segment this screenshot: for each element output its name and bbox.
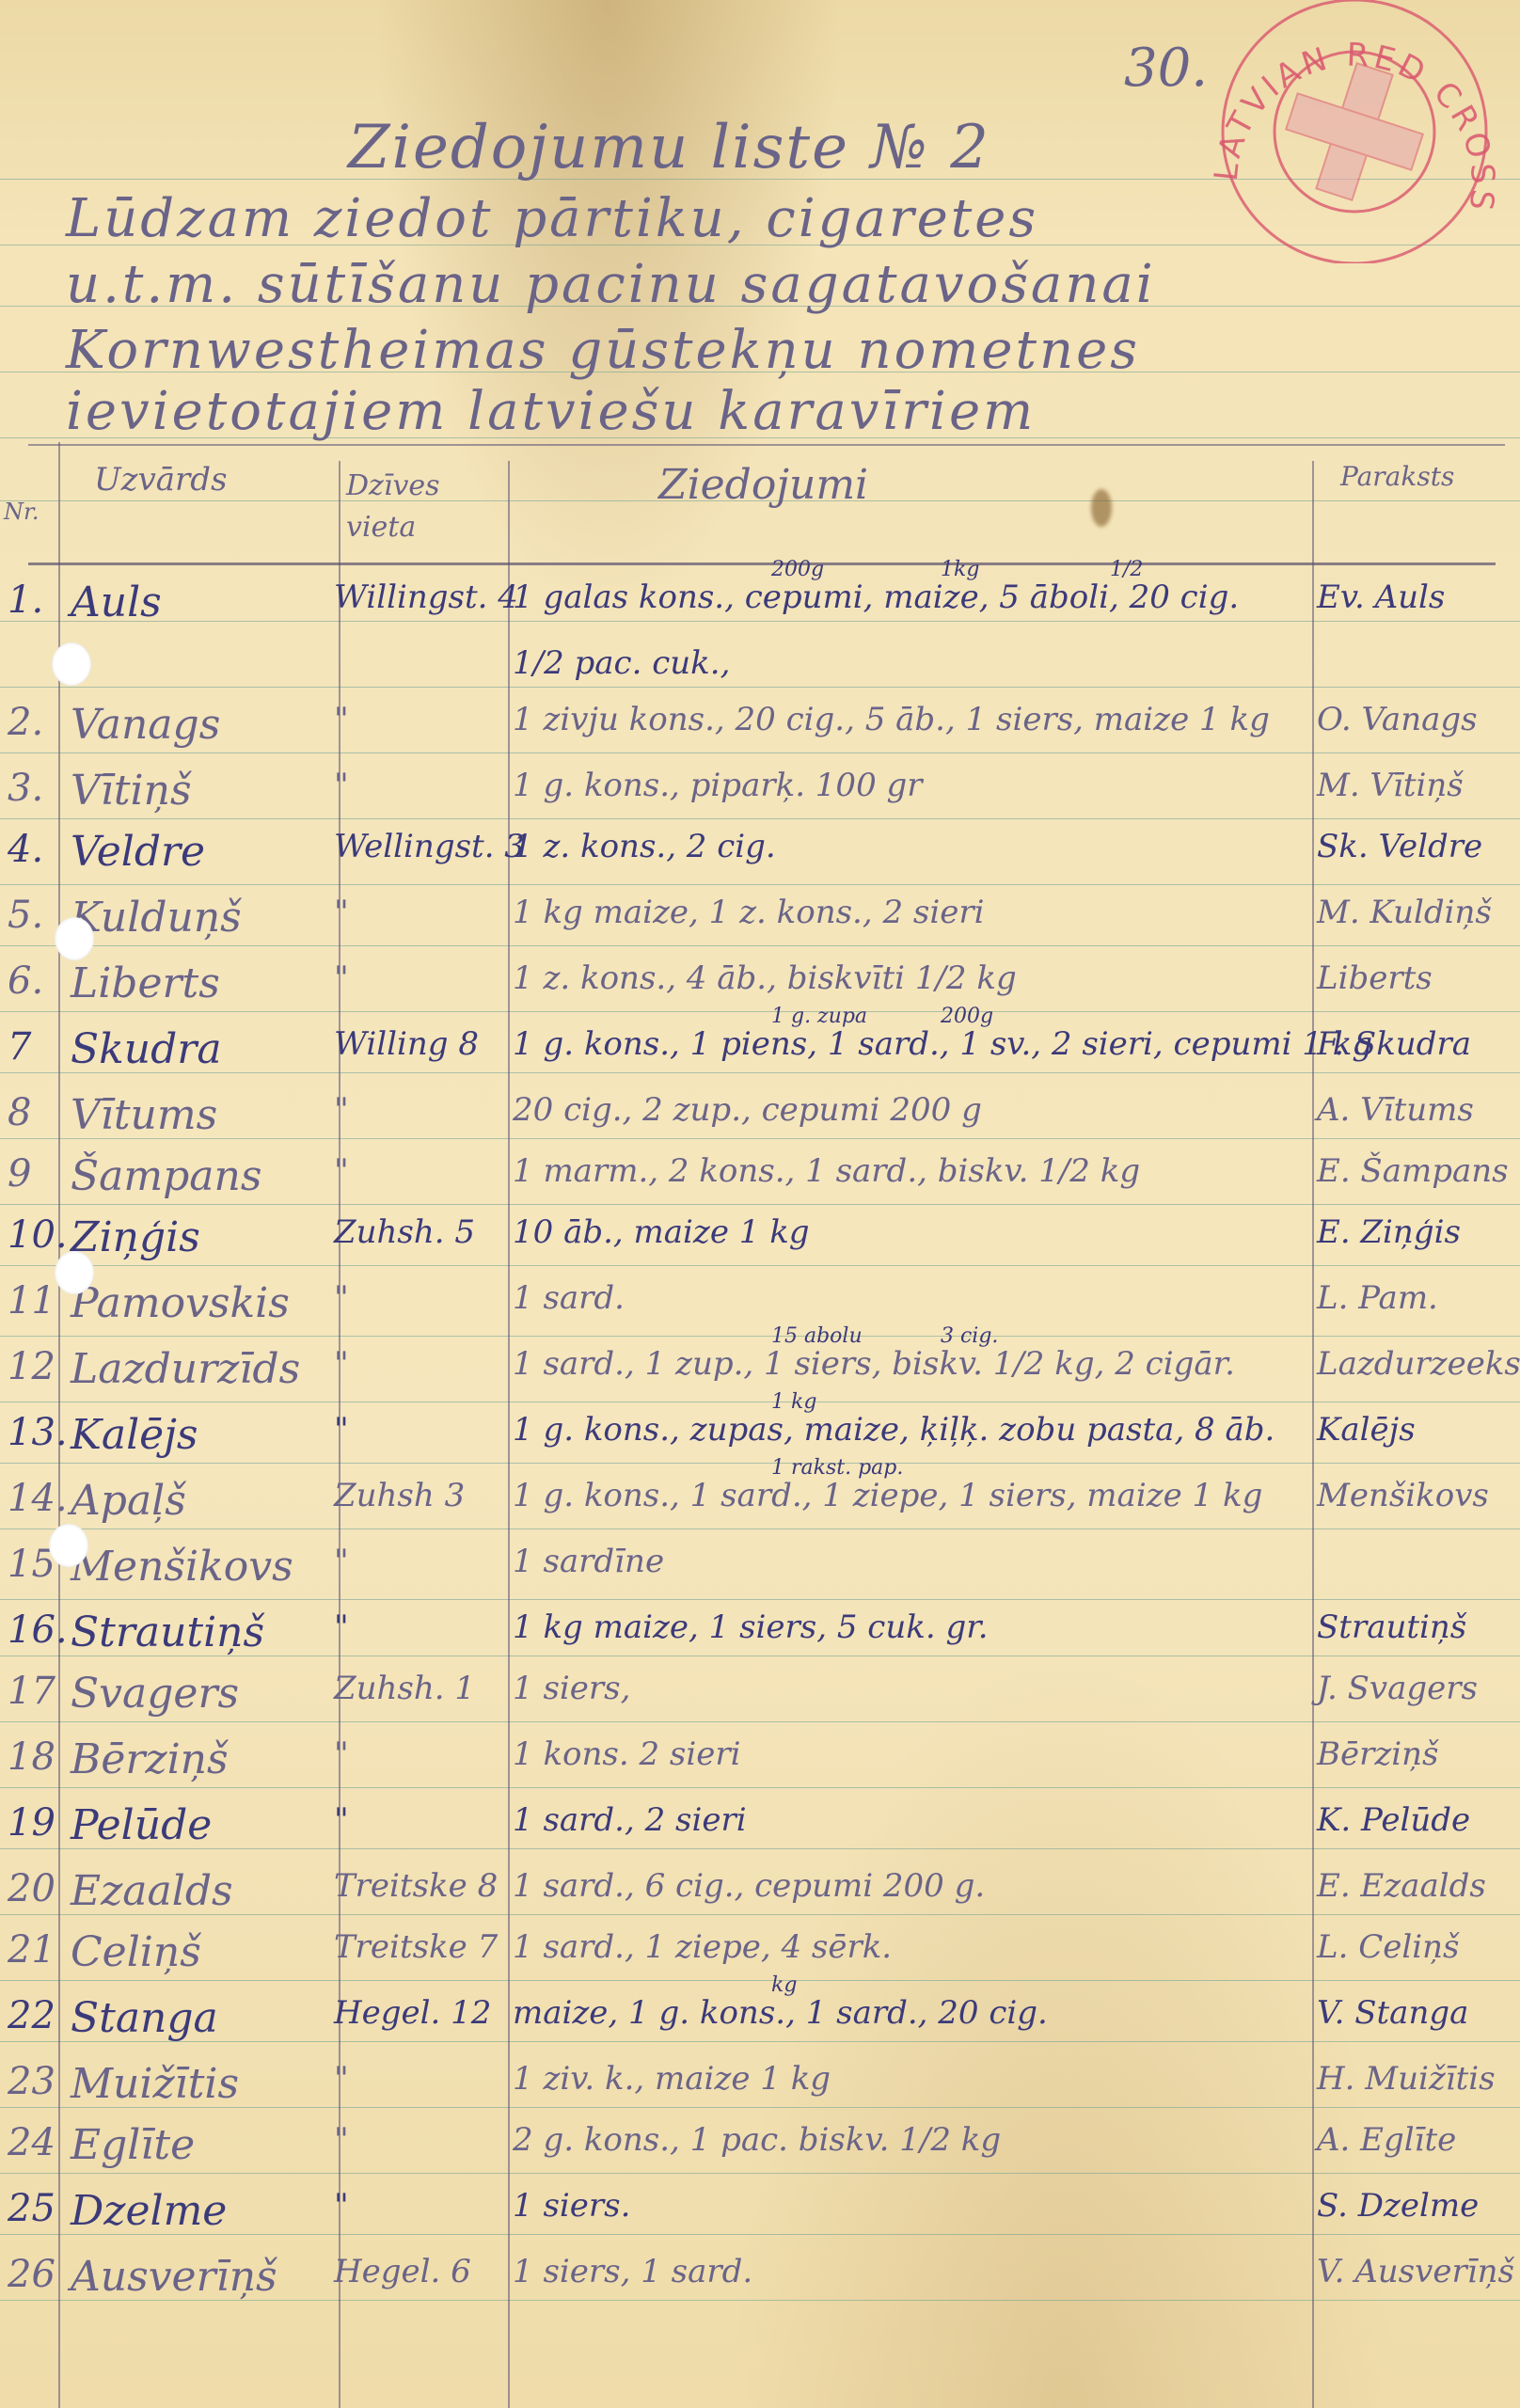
donations-cell: 1 siers, bbox=[513, 1670, 1303, 1707]
signature-cell: E. Ziņģis bbox=[1317, 1213, 1514, 1251]
signature-cell: Kalējs bbox=[1317, 1411, 1514, 1449]
row-number: 20 bbox=[8, 1867, 64, 1910]
donations-cell: 1 siers. bbox=[513, 2187, 1303, 2225]
donations-cell: 1 galas kons., cepumi, maize, 5 āboli, 2… bbox=[513, 578, 1303, 616]
donations-cell: 1 kg maize, 1 siers, 5 cuk. gr. bbox=[513, 1608, 1303, 1646]
signature-cell: Strautiņš bbox=[1317, 1608, 1514, 1646]
punch-hole bbox=[49, 1524, 88, 1567]
surname-cell: Bērziņš bbox=[71, 1735, 334, 1783]
red-cross-icon: LATVIAN RED CROSS 20 bbox=[1204, 0, 1505, 263]
surname-cell: Ziņģis bbox=[71, 1213, 334, 1261]
donations-cell: 1 sard., 1 ziepe, 4 sērk. bbox=[513, 1928, 1303, 1966]
residence-cell: Hegel. 6 bbox=[334, 2253, 503, 2290]
row-number: 3. bbox=[8, 767, 64, 810]
superscript-note: 1 rakst. pap. bbox=[771, 1456, 903, 1480]
row-number: 23 bbox=[8, 2060, 64, 2103]
residence-cell: " bbox=[334, 1091, 503, 1129]
table-row: 23Muižītis"1 ziv. k., maize 1 kgH. Muižī… bbox=[0, 2060, 1520, 2126]
superscript-note: 1 kg bbox=[771, 1390, 816, 1414]
signature-cell: Liberts bbox=[1317, 959, 1514, 997]
residence-cell: Zuhsh. 1 bbox=[334, 1670, 503, 1707]
signature-cell: M. Kuldiņš bbox=[1317, 894, 1514, 931]
surname-cell: Kulduņš bbox=[71, 894, 334, 942]
donations-cell: 1 g. kons., 1 sard., 1 ziepe, 1 siers, m… bbox=[513, 1477, 1303, 1514]
surname-cell: Svagers bbox=[71, 1670, 334, 1718]
red-cross-stamp: LATVIAN RED CROSS 20 bbox=[1204, 0, 1505, 263]
superscript-note: 1kg bbox=[941, 558, 979, 581]
superscript-note: 200g bbox=[941, 1005, 993, 1028]
row-number: 9 bbox=[8, 1152, 64, 1196]
residence-cell: Willing 8 bbox=[334, 1025, 503, 1063]
surname-cell: Dzelme bbox=[71, 2187, 334, 2235]
donations-cell: 1 sard., 6 cig., cepumi 200 g. bbox=[513, 1867, 1303, 1905]
table-row: 1.AulsWillingst. 41 galas kons., cepumi,… bbox=[0, 578, 1520, 644]
residence-cell: " bbox=[334, 2187, 503, 2225]
ink-stain bbox=[1091, 489, 1112, 527]
row-number: 24 bbox=[8, 2121, 64, 2164]
surname-cell: Celiņš bbox=[71, 1928, 334, 1976]
table-row: 21CeliņšTreitske 71 sard., 1 ziepe, 4 sē… bbox=[0, 1928, 1520, 1994]
superscript-note: 200g bbox=[771, 558, 824, 581]
signature-cell: A. Eglīte bbox=[1317, 2121, 1514, 2159]
residence-cell: " bbox=[334, 1608, 503, 1646]
surname-cell: Strautiņš bbox=[71, 1608, 334, 1656]
column-header-residence: Dzīves vieta bbox=[346, 466, 487, 548]
residence-cell: " bbox=[334, 1735, 503, 1773]
row-number: 1. bbox=[8, 578, 64, 622]
surname-cell: Muižītis bbox=[71, 2060, 334, 2108]
surname-cell: Stanga bbox=[71, 1994, 334, 2042]
donations-cell: 1 z. kons., 2 cig. bbox=[513, 828, 1303, 865]
row-number: 12 bbox=[8, 1345, 64, 1388]
column-header-nr: Nr. bbox=[4, 499, 39, 525]
table-row: 17SvagersZuhsh. 11 siers,J. Svagers bbox=[0, 1670, 1520, 1735]
surname-cell: Apaļš bbox=[71, 1477, 334, 1525]
donations-cell: 1 siers, 1 sard. bbox=[513, 2253, 1303, 2290]
residence-cell: Treitske 8 bbox=[334, 1867, 503, 1905]
surname-cell: Auls bbox=[71, 578, 334, 626]
residence-cell: Wellingst. 3 bbox=[334, 828, 503, 865]
table-row: 7SkudraWilling 81 g. kons., 1 piens, 1 s… bbox=[0, 1025, 1520, 1091]
row-number: 2. bbox=[8, 701, 64, 744]
residence-cell: " bbox=[334, 894, 503, 931]
signature-cell: Sk. Veldre bbox=[1317, 828, 1514, 865]
surname-cell: Vītiņš bbox=[71, 767, 334, 815]
punch-hole bbox=[55, 1251, 94, 1294]
intro-line-2: u.t.m. sūtīšanu pacinu sagatavošanai bbox=[66, 254, 1156, 315]
intro-line-1: Lūdzam ziedot pārtiku, cigaretes bbox=[66, 188, 1038, 249]
signature-cell: S. Dzelme bbox=[1317, 2187, 1514, 2225]
row-number: 22 bbox=[8, 1994, 64, 2037]
residence-cell: " bbox=[334, 701, 503, 738]
residence-cell: " bbox=[334, 2121, 503, 2159]
surname-cell: Ausverīņš bbox=[71, 2253, 334, 2301]
table-top-line bbox=[28, 444, 1505, 446]
residence-cell: " bbox=[334, 1345, 503, 1383]
superscript-note: 15 abolu bbox=[771, 1324, 863, 1348]
residence-cell: Hegel. 12 bbox=[334, 1994, 503, 2032]
table-row: 14.ApaļšZuhsh 31 g. kons., 1 sard., 1 zi… bbox=[0, 1477, 1520, 1543]
residence-cell: Willingst. 4 bbox=[334, 578, 503, 616]
row-number: 17 bbox=[8, 1670, 64, 1713]
table-row: 24Eglīte"2 g. kons., 1 pac. biskv. 1/2 k… bbox=[0, 2121, 1520, 2187]
donations-cell: 1 sard., 1 zup., 1 siers, biskv. 1/2 kg,… bbox=[513, 1345, 1303, 1383]
residence-cell: " bbox=[334, 1279, 503, 1317]
table-row: 3.Vītiņš"1 g. kons., piparķ. 100 grM. Vī… bbox=[0, 767, 1520, 832]
table-row: 10.ZiņģisZuhsh. 510 āb., maize 1 kgE. Zi… bbox=[0, 1213, 1520, 1279]
signature-cell: K. Pelūde bbox=[1317, 1801, 1514, 1839]
intro-line-3: Kornwestheimas gūstekņu nometnes bbox=[66, 320, 1140, 381]
row-number: 21 bbox=[8, 1928, 64, 1972]
donations-cell: 1 kg maize, 1 z. kons., 2 sieri bbox=[513, 894, 1303, 931]
donations-cell: 1 z. kons., 4 āb., biskvīti 1/2 kg bbox=[513, 959, 1303, 997]
table-row: 5.Kulduņš"1 kg maize, 1 z. kons., 2 sier… bbox=[0, 894, 1520, 959]
surname-cell: Eglīte bbox=[71, 2121, 334, 2169]
table-row: 16.Strautiņš"1 kg maize, 1 siers, 5 cuk.… bbox=[0, 1608, 1520, 1674]
residence-cell: Treitske 7 bbox=[334, 1928, 503, 1966]
donations-cell: 1 sardīne bbox=[513, 1543, 1303, 1580]
signature-cell: F. Skudra bbox=[1317, 1025, 1514, 1063]
row-number: 25 bbox=[8, 2187, 64, 2230]
table-row: 6.Liberts"1 z. kons., 4 āb., biskvīti 1/… bbox=[0, 959, 1520, 1025]
column-header-donations: Ziedojumi bbox=[658, 461, 868, 509]
residence-cell: " bbox=[334, 1543, 503, 1580]
surname-cell: Pelūde bbox=[71, 1801, 334, 1849]
table-row: 25Dzelme"1 siers.S. Dzelme bbox=[0, 2187, 1520, 2253]
donations-cell: 1 kons. 2 sieri bbox=[513, 1735, 1303, 1773]
document-sheet: LATVIAN RED CROSS 20 30. Ziedojumu liste… bbox=[0, 0, 1520, 2408]
donations-cell-continued: 1/2 pac. cuk., bbox=[513, 644, 1303, 682]
signature-cell: Ev. Auls bbox=[1317, 578, 1514, 616]
punch-hole bbox=[55, 917, 94, 960]
signature-cell: H. Muižītis bbox=[1317, 2060, 1514, 2098]
surname-cell: Lazdurzīds bbox=[71, 1345, 334, 1393]
punch-hole bbox=[52, 642, 91, 686]
signature-cell: E. Ezaalds bbox=[1317, 1867, 1514, 1905]
signature-cell: Menšikovs bbox=[1317, 1477, 1514, 1514]
surname-cell: Menšikovs bbox=[71, 1543, 334, 1591]
table-row: 13.Kalējs"1 g. kons., zupas, maize, ķiļķ… bbox=[0, 1411, 1520, 1477]
row-number: 16. bbox=[8, 1608, 64, 1652]
row-number: 13. bbox=[8, 1411, 64, 1454]
signature-cell: V. Stanga bbox=[1317, 1994, 1514, 2032]
donations-cell: 1 sard. bbox=[513, 1279, 1303, 1317]
residence-cell: " bbox=[334, 1152, 503, 1190]
row-number: 8 bbox=[8, 1091, 64, 1134]
row-number: 18 bbox=[8, 1735, 64, 1779]
surname-cell: Šampans bbox=[71, 1152, 334, 1200]
surname-cell: Liberts bbox=[71, 959, 334, 1007]
row-number: 14. bbox=[8, 1477, 64, 1520]
superscript-note: kg bbox=[771, 1973, 797, 1997]
surname-cell: Vanags bbox=[71, 701, 334, 749]
table-row: 12Lazdurzīds"1 sard., 1 zup., 1 siers, b… bbox=[0, 1345, 1520, 1411]
header-divider bbox=[28, 562, 1496, 565]
page-number: 30. bbox=[1124, 38, 1208, 99]
table-row: 9Šampans"1 marm., 2 kons., 1 sard., bisk… bbox=[0, 1152, 1520, 1218]
donations-cell: 1 sard., 2 sieri bbox=[513, 1801, 1303, 1839]
surname-cell: Ezaalds bbox=[71, 1867, 334, 1915]
superscript-note: 1 g. zupa bbox=[771, 1005, 867, 1028]
table-row: 20EzaaldsTreitske 81 sard., 6 cig., cepu… bbox=[0, 1867, 1520, 1933]
table-row: 4.VeldreWellingst. 31 z. kons., 2 cig.Sk… bbox=[0, 828, 1520, 894]
residence-cell: Zuhsh 3 bbox=[334, 1477, 503, 1514]
donations-cell: 10 āb., maize 1 kg bbox=[513, 1213, 1303, 1251]
signature-cell: E. Šampans bbox=[1317, 1152, 1514, 1190]
signature-cell: V. Ausverīņš bbox=[1317, 2253, 1514, 2290]
donations-cell: 2 g. kons., 1 pac. biskv. 1/2 kg bbox=[513, 2121, 1303, 2159]
surname-cell: Veldre bbox=[71, 828, 334, 876]
row-number: 11 bbox=[8, 1279, 64, 1323]
signature-cell: L. Celiņš bbox=[1317, 1928, 1514, 1966]
row-number: 4. bbox=[8, 828, 64, 871]
table-row: 8Vītums"20 cig., 2 zup., cepumi 200 gA. … bbox=[0, 1091, 1520, 1157]
donations-cell: 20 cig., 2 zup., cepumi 200 g bbox=[513, 1091, 1303, 1129]
row-number: 26 bbox=[8, 2253, 64, 2296]
signature-cell: J. Svagers bbox=[1317, 1670, 1514, 1707]
signature-cell: M. Vītiņš bbox=[1317, 767, 1514, 804]
table-row: 11Pamovskis"1 sard.L. Pam. bbox=[0, 1279, 1520, 1345]
signature-cell: O. Vanags bbox=[1317, 701, 1514, 738]
row-number: 6. bbox=[8, 959, 64, 1003]
table-row: 19Pelūde"1 sard., 2 sieriK. Pelūde bbox=[0, 1801, 1520, 1867]
column-header-signature: Paraksts bbox=[1340, 461, 1454, 492]
superscript-note: 3 cig. bbox=[941, 1324, 998, 1348]
donations-cell: maize, 1 g. kons., 1 sard., 20 cig. bbox=[513, 1994, 1303, 2032]
residence-cell: " bbox=[334, 1411, 503, 1449]
intro-line-4: ievietotajiem latviešu karavīriem bbox=[66, 381, 1036, 442]
table-row: 22StangaHegel. 12maize, 1 g. kons., 1 sa… bbox=[0, 1994, 1520, 2060]
page-title: Ziedojumu liste № 2 bbox=[348, 113, 990, 182]
donations-cell: 1 zivju kons., 20 cig., 5 āb., 1 siers, … bbox=[513, 701, 1303, 738]
superscript-note: 1/2 bbox=[1110, 558, 1143, 581]
residence-cell: Zuhsh. 5 bbox=[334, 1213, 503, 1251]
donations-cell: 1 marm., 2 kons., 1 sard., biskv. 1/2 kg bbox=[513, 1152, 1303, 1190]
signature-cell: Bērziņš bbox=[1317, 1735, 1514, 1773]
row-number: 10. bbox=[8, 1213, 64, 1257]
signature-cell: L. Pam. bbox=[1317, 1279, 1514, 1317]
surname-cell: Kalējs bbox=[71, 1411, 334, 1459]
table-row: 18Bērziņš"1 kons. 2 sieriBērziņš bbox=[0, 1735, 1520, 1801]
table-row: 15Menšikovs"1 sardīne bbox=[0, 1543, 1520, 1608]
surname-cell: Skudra bbox=[71, 1025, 334, 1073]
signature-cell: A. Vītums bbox=[1317, 1091, 1514, 1129]
donations-cell: 1 g. kons., piparķ. 100 gr bbox=[513, 767, 1303, 804]
donations-cell: 1 ziv. k., maize 1 kg bbox=[513, 2060, 1303, 2098]
ruled-line bbox=[0, 687, 1520, 688]
residence-cell: " bbox=[334, 1801, 503, 1839]
residence-cell: " bbox=[334, 959, 503, 997]
signature-cell: Lazdurzeeks bbox=[1317, 1345, 1514, 1383]
table-row: 2.Vanags"1 zivju kons., 20 cig., 5 āb., … bbox=[0, 701, 1520, 767]
donations-cell: 1 g. kons., 1 piens, 1 sard., 1 sv., 2 s… bbox=[513, 1025, 1303, 1063]
surname-cell: Vītums bbox=[71, 1091, 334, 1139]
surname-cell: Pamovskis bbox=[71, 1279, 334, 1327]
donations-cell: 1 g. kons., zupas, maize, ķiļķ. zobu pas… bbox=[513, 1411, 1303, 1449]
table-row: 26AusverīņšHegel. 61 siers, 1 sard.V. Au… bbox=[0, 2253, 1520, 2319]
column-header-surname: Uzvārds bbox=[94, 461, 228, 499]
residence-cell: " bbox=[334, 2060, 503, 2098]
residence-cell: " bbox=[334, 767, 503, 804]
row-number: 7 bbox=[8, 1025, 64, 1069]
row-number: 19 bbox=[8, 1801, 64, 1845]
